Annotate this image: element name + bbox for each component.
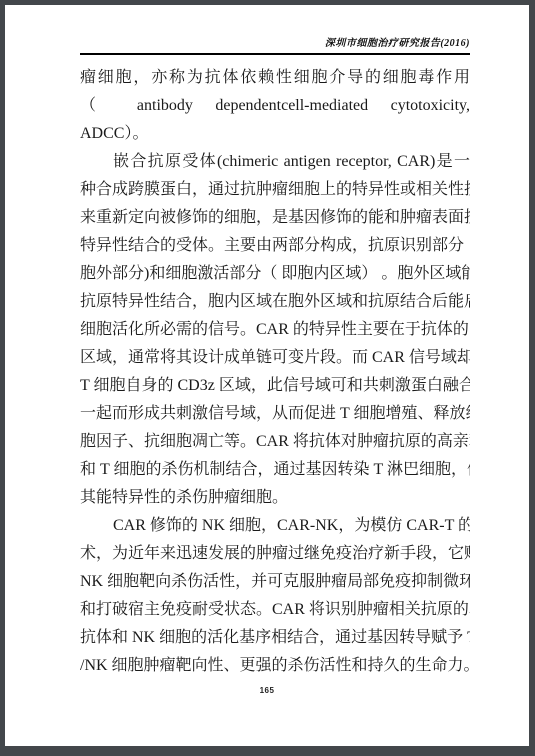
viewer-background: 深圳市细胞治疗研究报告(2016) 瘤细胞，亦称为抗体依赖性细胞介导的细胞毒作用… <box>0 0 535 756</box>
text-line: 瘤细胞，亦称为抗体依赖性细胞介导的细胞毒作用 <box>80 64 470 92</box>
paragraph: 嵌合抗原受体(chimeric antigen receptor, CAR)是一… <box>80 148 470 512</box>
text-line: CAR 修饰的 NK 细胞，CAR-NK，为模仿 CAR-T 的 CAR 技 <box>80 512 470 540</box>
page-footer: 165 <box>5 686 529 695</box>
text-line: 特异性结合的受体。主要由两部分构成，抗原识别部分（ 即 <box>80 232 470 260</box>
text-line: 抗体和 NK 细胞的活化基序相结合，通过基因转导赋予 T <box>80 624 470 652</box>
text-line: 抗原特异性结合，胞内区域在胞外区域和抗原结合后能启动 <box>80 288 470 316</box>
header-title: 深圳市细胞治疗研究报告(2016) <box>325 38 470 49</box>
text-line: 种合成跨膜蛋白，通过抗肿瘤细胞上的特异性或相关性抗原 <box>80 176 470 204</box>
paragraph: 瘤细胞，亦称为抗体依赖性细胞介导的细胞毒作用（ antibody depende… <box>80 64 470 148</box>
text-line: ADCC）。 <box>80 120 470 148</box>
text-line: 一起而形成共刺激信号域，从而促进 T 细胞增殖、释放细 <box>80 400 470 428</box>
document-page: 深圳市细胞治疗研究报告(2016) 瘤细胞，亦称为抗体依赖性细胞介导的细胞毒作用… <box>5 5 529 746</box>
text-line: 和打破宿主免疫耐受状态。CAR 将识别肿瘤相关抗原的单链 <box>80 596 470 624</box>
text-line: 和 T 细胞的杀伤机制结合，通过基因转染 T 淋巴细胞，使 <box>80 456 470 484</box>
text-line: 术，为近年来迅速发展的肿瘤过继免疫治疗新手段，它赋予 <box>80 540 470 568</box>
text-line: T 细胞自身的 CD3z 区域，此信号域可和共刺激蛋白融合在 <box>80 372 470 400</box>
text-line: 胞因子、抗细胞凋亡等。CAR 将抗体对肿瘤抗原的高亲和性 <box>80 428 470 456</box>
text-line: （ antibody dependentcell-mediated cytoto… <box>80 92 470 120</box>
text-line: 来重新定向被修饰的细胞，是基因修饰的能和肿瘤表面抗原 <box>80 204 470 232</box>
text-line: 其能特异性的杀伤肿瘤细胞。 <box>80 484 470 512</box>
paragraph: CAR 修饰的 NK 细胞，CAR-NK，为模仿 CAR-T 的 CAR 技术，… <box>80 512 470 680</box>
text-line: 细胞活化所必需的信号。CAR 的特异性主要在于抗体的 Fab <box>80 316 470 344</box>
page-number: 165 <box>260 686 275 695</box>
text-line: 胞外部分)和细胞激活部分（ 即胞内区域） 。胞外区域能和 <box>80 260 470 288</box>
page-header: 深圳市细胞治疗研究报告(2016) <box>80 38 470 55</box>
text-line: NK 细胞靶向杀伤活性，并可克服肿瘤局部免疫抑制微环境 <box>80 568 470 596</box>
text-line: /NK 细胞肿瘤靶向性、更强的杀伤活性和持久的生命力。其 <box>80 652 470 680</box>
document-body: 瘤细胞，亦称为抗体依赖性细胞介导的细胞毒作用（ antibody depende… <box>80 64 470 680</box>
text-line: 区域，通常将其设计成单链可变片段。而 CAR 信号域却来自 <box>80 344 470 372</box>
text-line: 嵌合抗原受体(chimeric antigen receptor, CAR)是一 <box>80 148 470 176</box>
